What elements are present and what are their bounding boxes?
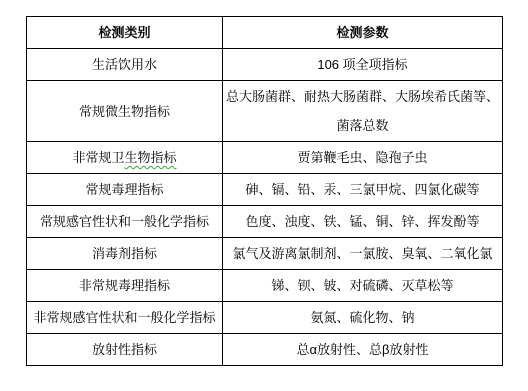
parameters-cell: 砷、镉、铅、汞、三氯甲烷、四氯化碳等 [223,174,503,206]
header-category: 检测类别 [27,17,223,49]
parameters-cell: 色度、浊度、铁、锰、铜、锌、挥发酚等 [223,206,503,238]
parameters-cell: 锑、钡、铍、对硫磷、灭草松等 [223,270,503,302]
parameters-cell: 总α放射性、总β放射性 [223,334,503,366]
parameters-cell: 106 项全项指标 [223,49,503,81]
category-text: 非常规卫 [72,150,124,165]
category-cell: 生活饮用水 [27,49,223,81]
table-row: 非常规卫生物指标 贾第鞭毛虫、隐孢子虫 [27,142,503,174]
table-row: 非常规感官性状和一般化学指标 氨氮、硫化物、钠 [27,302,503,334]
table-header-row: 检测类别 检测参数 [27,17,503,49]
table-row: 生活饮用水 106 项全项指标 [27,49,503,81]
category-cell: 常规感官性状和一般化学指标 [27,206,223,238]
category-cell: 非常规卫生物指标 [27,142,223,174]
table-row: 消毒剂指标 氯气及游离氯制剂、一氯胺、臭氧、二氧化氯 [27,238,503,270]
header-parameters: 检测参数 [223,17,503,49]
table-row: 非常规毒理指标 锑、钡、铍、对硫磷、灭草松等 [27,270,503,302]
category-cell: 放射性指标 [27,334,223,366]
parameters-cell: 氨氮、硫化物、钠 [223,302,503,334]
parameters-cell: 贾第鞭毛虫、隐孢子虫 [223,142,503,174]
table-row: 常规毒理指标 砷、镉、铅、汞、三氯甲烷、四氯化碳等 [27,174,503,206]
category-cell: 非常规感官性状和一般化学指标 [27,302,223,334]
water-test-table: 检测类别 检测参数 生活饮用水 106 项全项指标 常规微生物指标 总大肠菌群、… [26,16,503,366]
category-cell: 常规毒理指标 [27,174,223,206]
category-cell: 非常规毒理指标 [27,270,223,302]
category-text-spellcheck: 生物指标 [125,150,177,165]
table-body: 生活饮用水 106 项全项指标 常规微生物指标 总大肠菌群、耐热大肠菌群、大肠埃… [27,49,503,366]
category-cell: 常规微生物指标 [27,81,223,142]
table-row: 放射性指标 总α放射性、总β放射性 [27,334,503,366]
parameters-cell: 总大肠菌群、耐热大肠菌群、大肠埃希氏菌等、菌落总数 [223,81,503,142]
table-row: 常规感官性状和一般化学指标 色度、浊度、铁、锰、铜、锌、挥发酚等 [27,206,503,238]
category-cell: 消毒剂指标 [27,238,223,270]
parameters-cell: 氯气及游离氯制剂、一氯胺、臭氧、二氧化氯 [223,238,503,270]
table-row: 常规微生物指标 总大肠菌群、耐热大肠菌群、大肠埃希氏菌等、菌落总数 [27,81,503,142]
